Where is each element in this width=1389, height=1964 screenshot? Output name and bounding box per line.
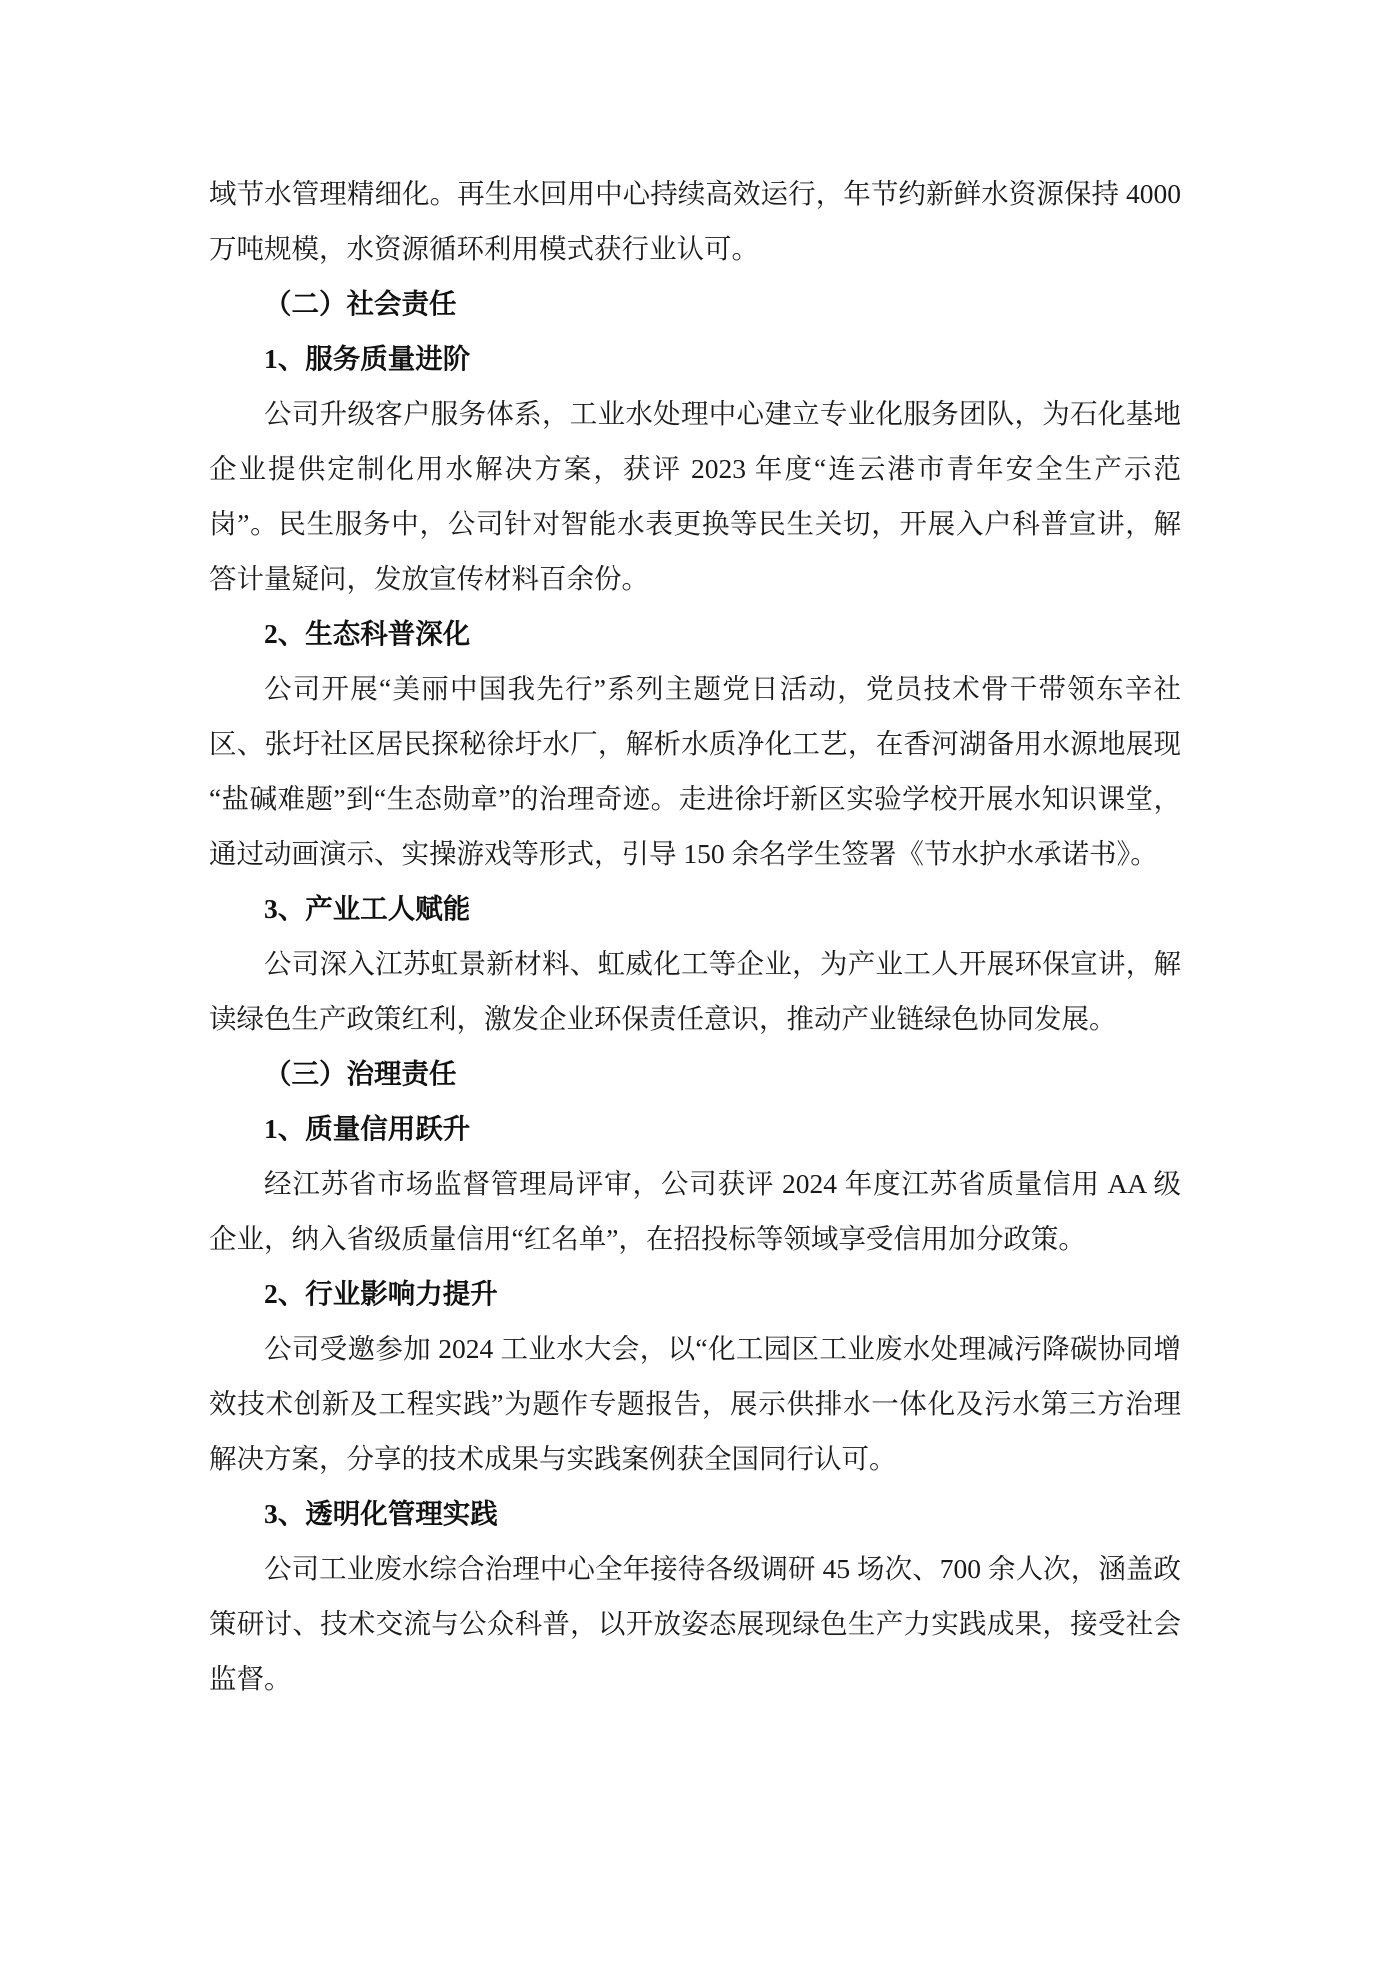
document-page: 域节水管理精细化。再生水回用中心持续高效运行，年节约新鲜水资源保持 4000 万…: [0, 0, 1389, 1964]
page-content: 域节水管理精细化。再生水回用中心持续高效运行，年节约新鲜水资源保持 4000 万…: [0, 0, 1389, 1964]
sub-heading-eco-science-outreach: 2、生态科普深化: [209, 606, 1181, 661]
paragraph-quality-credit: 经江苏省市场监督管理局评审，公司获评 2024 年度江苏省质量信用 AA 级企业…: [209, 1156, 1181, 1266]
section-heading-governance-responsibility: （三）治理责任: [209, 1046, 1181, 1101]
paragraph-industry-influence: 公司受邀参加 2024 工业水大会，以“化工园区工业废水处理减污降碳协同增效技术…: [209, 1321, 1181, 1486]
paragraph-service-quality: 公司升级客户服务体系，工业水处理中心建立专业化服务团队，为石化基地企业提供定制化…: [209, 386, 1181, 606]
sub-heading-transparent-management: 3、透明化管理实践: [209, 1486, 1181, 1541]
paragraph-transparent-management: 公司工业废水综合治理中心全年接待各级调研 45 场次、700 余人次，涵盖政策研…: [209, 1541, 1181, 1706]
paragraph-industrial-workers: 公司深入江苏虹景新材料、虹威化工等企业，为产业工人开展环保宣讲，解读绿色生产政策…: [209, 936, 1181, 1046]
paragraph-eco-science-outreach: 公司开展“美丽中国我先行”系列主题党日活动，党员技术骨干带领东辛社区、张圩社区居…: [209, 661, 1181, 881]
paragraph-water-saving-continued: 域节水管理精细化。再生水回用中心持续高效运行，年节约新鲜水资源保持 4000 万…: [209, 166, 1181, 276]
sub-heading-quality-credit: 1、质量信用跃升: [209, 1101, 1181, 1156]
section-heading-social-responsibility: （二）社会责任: [209, 276, 1181, 331]
sub-heading-industrial-workers: 3、产业工人赋能: [209, 881, 1181, 936]
sub-heading-industry-influence: 2、行业影响力提升: [209, 1266, 1181, 1321]
sub-heading-service-quality: 1、服务质量进阶: [209, 331, 1181, 386]
